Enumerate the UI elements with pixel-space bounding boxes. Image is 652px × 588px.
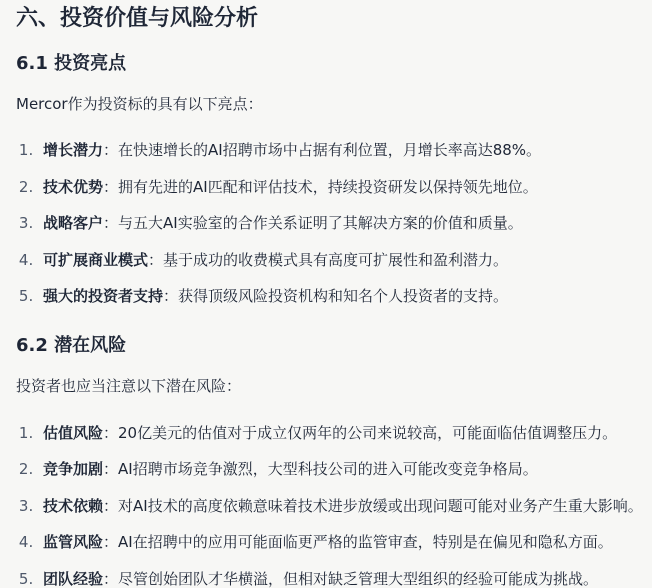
item-label: 监管风险 <box>43 533 103 551</box>
section-heading-risks: 6.2 潜在风险 <box>16 334 648 358</box>
item-text: ：尽管创始团队才华横溢，但相对缺乏管理大型组织的经验可能成为挑战。 <box>103 570 598 588</box>
item-label: 战略客户 <box>43 214 103 232</box>
item-text: ：与五大AI实验室的合作关系证明了其解决方案的价值和质量。 <box>103 214 523 232</box>
item-label: 竞争加剧 <box>43 460 103 478</box>
item-text: ：基于成功的收费模式具有高度可扩展性和盈利潜力。 <box>148 251 508 269</box>
item-label: 增长潜力 <box>43 141 103 159</box>
item-label: 技术依赖 <box>43 497 103 515</box>
item-label: 可扩展商业模式 <box>43 251 148 269</box>
list-item: 技术依赖：对AI技术的高度依赖意味着技术进步放缓或出现问题可能对业务产生重大影响… <box>38 495 648 518</box>
list-item: 监管风险：AI在招聘中的应用可能面临更严格的监管审查，特别是在偏见和隐私方面。 <box>38 531 648 554</box>
item-label: 强大的投资者支持 <box>43 287 163 305</box>
item-label: 技术优势 <box>43 178 103 196</box>
list-item: 增长潜力：在快速增长的AI招聘市场中占据有利位置，月增长率高达88%。 <box>38 139 648 162</box>
intro-risks: 投资者也应当注意以下潜在风险： <box>16 375 648 398</box>
item-text: ：拥有先进的AI匹配和评估技术，持续投资研发以保持领先地位。 <box>103 178 538 196</box>
document: 六、投资价值与风险分析 6.1 投资亮点 Mercor作为投资标的具有以下亮点：… <box>0 0 652 588</box>
list-item: 强大的投资者支持：获得顶级风险投资机构和知名个人投资者的支持。 <box>38 285 648 308</box>
item-text: ：AI在招聘中的应用可能面临更严格的监管审查，特别是在偏见和隐私方面。 <box>103 533 613 551</box>
item-text: ：对AI技术的高度依赖意味着技术进步放缓或出现问题可能对业务产生重大影响。 <box>103 497 643 515</box>
list-item: 竞争加剧：AI招聘市场竞争激烈，大型科技公司的进入可能改变竞争格局。 <box>38 458 648 481</box>
page-title: 六、投资价值与风险分析 <box>16 4 648 34</box>
item-text: ：20亿美元的估值对于成立仅两年的公司来说较高，可能面临估值调整压力。 <box>103 424 617 442</box>
list-item: 可扩展商业模式：基于成功的收费模式具有高度可扩展性和盈利潜力。 <box>38 249 648 272</box>
intro-highlights: Mercor作为投资标的具有以下亮点： <box>16 93 648 116</box>
list-item: 技术优势：拥有先进的AI匹配和评估技术，持续投资研发以保持领先地位。 <box>38 176 648 199</box>
section-heading-highlights: 6.1 投资亮点 <box>16 52 648 76</box>
item-text: ：在快速增长的AI招聘市场中占据有利位置，月增长率高达88%。 <box>103 141 541 159</box>
highlights-list: 增长潜力：在快速增长的AI招聘市场中占据有利位置，月增长率高达88%。 技术优势… <box>16 139 648 308</box>
item-text: ：AI招聘市场竞争激烈，大型科技公司的进入可能改变竞争格局。 <box>103 460 538 478</box>
risks-list: 估值风险：20亿美元的估值对于成立仅两年的公司来说较高，可能面临估值调整压力。 … <box>16 422 648 588</box>
list-item: 战略客户：与五大AI实验室的合作关系证明了其解决方案的价值和质量。 <box>38 212 648 235</box>
list-item: 估值风险：20亿美元的估值对于成立仅两年的公司来说较高，可能面临估值调整压力。 <box>38 422 648 445</box>
section-investment-highlights: 6.1 投资亮点 Mercor作为投资标的具有以下亮点： 增长潜力：在快速增长的… <box>16 52 648 308</box>
list-item: 团队经验：尽管创始团队才华横溢，但相对缺乏管理大型组织的经验可能成为挑战。 <box>38 568 648 588</box>
item-text: ：获得顶级风险投资机构和知名个人投资者的支持。 <box>163 287 508 305</box>
section-potential-risks: 6.2 潜在风险 投资者也应当注意以下潜在风险： 估值风险：20亿美元的估值对于… <box>16 334 648 588</box>
item-label: 估值风险 <box>43 424 103 442</box>
item-label: 团队经验 <box>43 570 103 588</box>
